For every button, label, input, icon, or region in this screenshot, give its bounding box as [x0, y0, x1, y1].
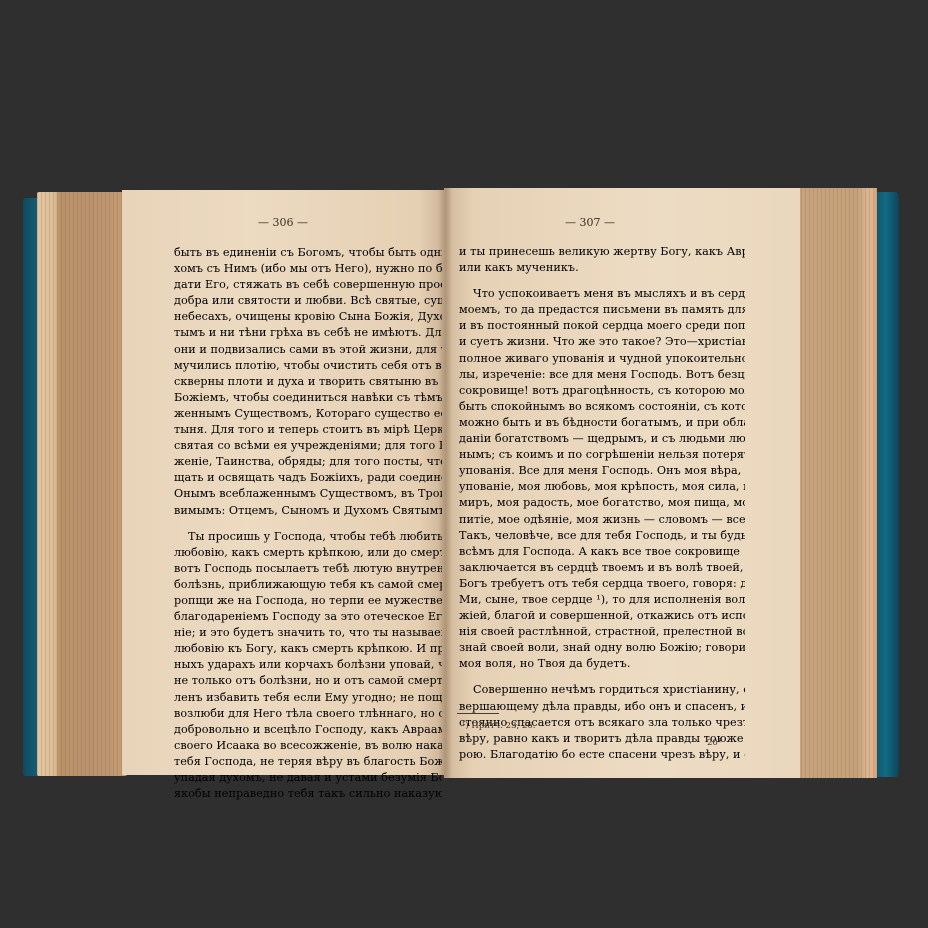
- text-line: добровольно и всецѣло Господу, какъ Авра…: [174, 722, 442, 738]
- paragraph-gap: [174, 519, 442, 529]
- text-line: небесахъ, очищены кровію Сына Божія, Дух…: [174, 309, 442, 325]
- text-line: святая со всѣми ея учрежденіями; для тог…: [174, 438, 442, 454]
- text-line: питіе, мое одѣяніе, моя жизнь — словомъ …: [459, 512, 745, 528]
- text-line: нымъ; съ коимъ и по согрѣшеніи нельзя по…: [459, 447, 745, 463]
- text-line: упованіе, моя любовь, моя крѣпость, моя …: [459, 479, 745, 495]
- text-line: ніе; и это будетъ значить то, что ты наз…: [174, 625, 442, 641]
- open-book: — 306 — — 307 — быть въ единеніи съ Бого…: [0, 0, 928, 928]
- text-line: своего Исаака во всесожженіе, въ волю на…: [174, 738, 442, 754]
- text-line: быть въ единеніи съ Богомъ, чтобы быть о…: [174, 245, 442, 261]
- text-line: ропщи же на Господа, но терпи ее мужеств…: [174, 593, 442, 609]
- text-line: вершающему дѣла правды, ибо онъ и спасен…: [459, 699, 745, 715]
- text-line: вѣру, равно какъ и творитъ дѣла правды т…: [459, 731, 745, 747]
- text-line: тебя Господа, не теряя вѣру въ благость …: [174, 754, 442, 770]
- text-line: не только отъ болѣзни, но и отъ самой см…: [174, 673, 442, 689]
- text-line: тымъ и ни тѣни грѣха въ себѣ не имѣютъ. …: [174, 325, 442, 341]
- text-line: любовію къ Богу, какъ смерть крѣпкою. И …: [174, 641, 442, 657]
- text-line: болѣзнь, приближающую тебя къ самой смер…: [174, 577, 442, 593]
- right-page-text: и ты принесешь великую жертву Богу, какъ…: [459, 244, 745, 763]
- text-line: вотъ Господь посылаетъ тебѣ лютую внутре…: [174, 561, 442, 577]
- left-page-text: быть въ единеніи съ Богомъ, чтобы быть о…: [174, 245, 442, 802]
- page-number-left: — 306 —: [258, 216, 308, 229]
- text-line: всѣмъ для Господа. А какъ все твое сокро…: [459, 544, 745, 560]
- text-line: Совершенно нечѣмъ гордиться христіанину,…: [459, 682, 745, 698]
- text-line: или какъ мученикъ.: [459, 260, 745, 276]
- paragraph-gap: [459, 276, 745, 286]
- text-line: знай своей воли, знай одну волю Божію; г…: [459, 640, 745, 656]
- text-line: Богъ требуетъ отъ тебя сердца твоего, го…: [459, 576, 745, 592]
- text-line: ныхъ ударахъ или корчахъ болѣзни уповай,…: [174, 657, 442, 673]
- text-line: мучились плотію, чтобы очистить себя отъ…: [174, 358, 442, 374]
- text-line: заключается въ сердцѣ твоемъ и въ волѣ т…: [459, 560, 745, 576]
- text-line: и въ постоянный покой сердца моего среди…: [459, 318, 745, 334]
- text-line: жіей, благой и совершенной, откажись отъ…: [459, 608, 745, 624]
- footnote-rule: [457, 713, 499, 714]
- text-line: хомъ съ Нимъ (ибо мы отъ Него), нужно по…: [174, 261, 442, 277]
- text-line: миръ, моя радость, мое богатство, моя пи…: [459, 495, 745, 511]
- text-line: быть спокойнымъ во всякомъ состояніи, съ…: [459, 399, 745, 415]
- text-line: щать и освящать чадъ Божіихъ, ради соеди…: [174, 470, 442, 486]
- page-number-right: — 307 —: [565, 216, 615, 229]
- text-line: ленъ избавить тебя если Ему угодно; не п…: [174, 690, 442, 706]
- text-line: женнымъ Существомъ, Котораго существо ес…: [174, 406, 442, 422]
- text-line: и ты принесешь великую жертву Богу, какъ…: [459, 244, 745, 260]
- text-line: любовію, какъ смерть крѣпкою, или до сме…: [174, 545, 442, 561]
- paragraph-gap: [459, 672, 745, 682]
- page-edges-left: [37, 192, 127, 776]
- text-line: вимымъ: Отцемъ, Сыномъ и Духомъ Святымъ.: [174, 503, 442, 519]
- text-line: Что успокоиваетъ меня въ мысляхъ и въ се…: [459, 286, 745, 302]
- text-line: рою. Благодатію бо есте спасени чрезъ вѣ…: [459, 747, 745, 763]
- text-line: упадая духомъ, не давая и устами безумія…: [174, 770, 442, 786]
- text-line: возлюби для Него тѣла своего тлѣннаго, н…: [174, 706, 442, 722]
- text-line: Онымъ всеблаженнымъ Существомъ, въ Троиц…: [174, 486, 442, 502]
- page-edges-right: [797, 188, 877, 778]
- text-line: якобы неправедно тебя такъ сильно наказу…: [174, 786, 442, 802]
- text-line: даніи богатствомъ — щедрымъ, и съ людьми…: [459, 431, 745, 447]
- text-line: Такъ, человѣче, все для тебя Господь, и …: [459, 528, 745, 544]
- text-line: нія своей растлѣнной, страстной, прелест…: [459, 624, 745, 640]
- text-line: моемъ, то да предастся письмени въ памят…: [459, 302, 745, 318]
- text-line: скверны плоти и духа и творить святыню в…: [174, 374, 442, 390]
- text-line: благодареніемъ Господу за это отеческое …: [174, 609, 442, 625]
- text-line: моя воля, но Твоя да будетъ.: [459, 656, 745, 672]
- text-line: и суетъ жизни. Что же это такое? Это—хри…: [459, 334, 745, 350]
- text-line: женіе, Таинства, обряды; для того посты,…: [174, 454, 442, 470]
- footnote: ¹) Притч. 23, 26.: [462, 721, 535, 731]
- text-line: упованія. Все для меня Господь. Онъ моя …: [459, 463, 745, 479]
- text-line: они и подвизались сами въ этой жизни, дл…: [174, 342, 442, 358]
- text-line: сокровище! вотъ драгоцѣнность, съ которо…: [459, 383, 745, 399]
- text-line: Ми, сыне, твое сердце ¹), то для исполне…: [459, 592, 745, 608]
- text-line: полное живаго упованія и чудной упокоите…: [459, 351, 745, 367]
- text-line: Божіемъ, чтобы соединиться навѣки съ тѣм…: [174, 390, 442, 406]
- text-line: добра или святости и любви. Всѣ святые, …: [174, 293, 442, 309]
- text-line: можно быть и въ бѣдности богатымъ, и при…: [459, 415, 745, 431]
- signature-mark: 20*: [707, 738, 722, 748]
- text-line: Ты просишь у Господа, чтобы тебѣ любить …: [174, 529, 442, 545]
- text-line: дати Его, стяжать въ себѣ совершенную пр…: [174, 277, 442, 293]
- text-line: лы, изреченіе: все для меня Господь. Вот…: [459, 367, 745, 383]
- text-line: тыня. Для того и теперь стоитъ въ мірѣ Ц…: [174, 422, 442, 438]
